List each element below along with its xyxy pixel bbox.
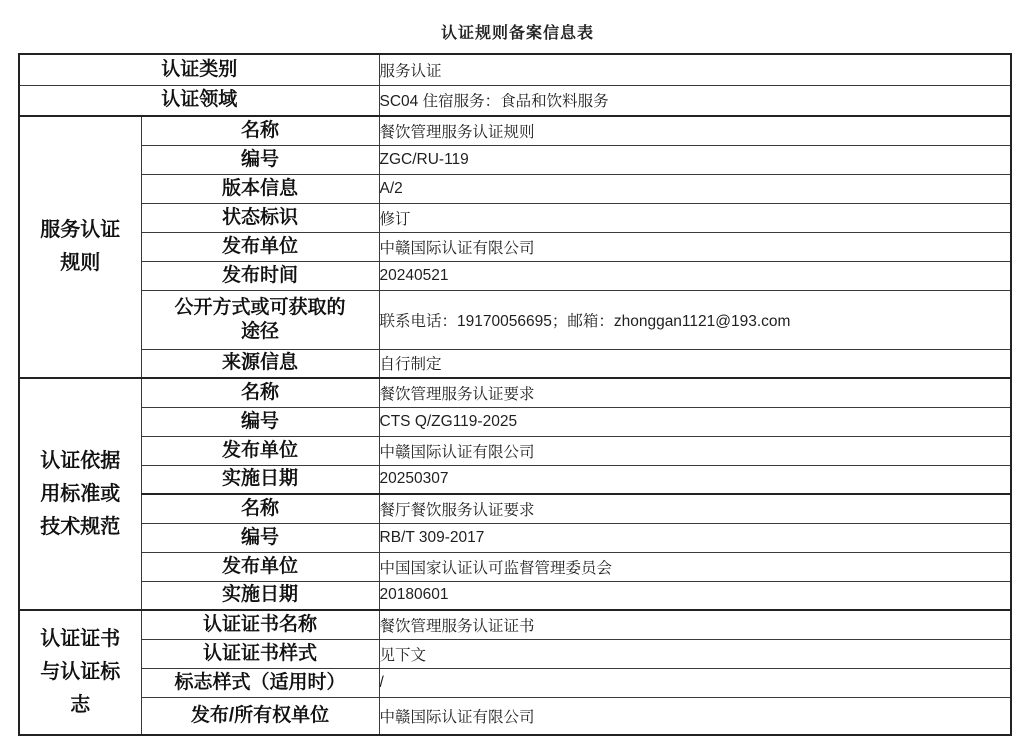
table-row: 发布/所有权单位 中赣国际认证有限公司: [19, 697, 1011, 735]
field-value: 20240521: [379, 261, 1011, 290]
field-value: RB/T 309-2017: [379, 523, 1011, 552]
field-value: SC04 住宿服务：食品和饮料服务: [379, 85, 1011, 116]
field-value: 见下文: [379, 639, 1011, 668]
table-row: 发布单位 中赣国际认证有限公司: [19, 436, 1011, 465]
field-value: 自行制定: [379, 349, 1011, 378]
field-label: 实施日期: [141, 465, 379, 494]
table-row: 来源信息 自行制定: [19, 349, 1011, 378]
field-value: 中赣国际认证有限公司: [379, 232, 1011, 261]
field-value: 服务认证: [379, 54, 1011, 85]
table-row: 编号 RB/T 309-2017: [19, 523, 1011, 552]
table-row: 标志样式（适用时） /: [19, 668, 1011, 697]
table-row: 公开方式或可获取的 途径 联系电话：19170056695；邮箱：zhongga…: [19, 290, 1011, 349]
field-value: 20250307: [379, 465, 1011, 494]
field-value: 20180601: [379, 581, 1011, 610]
field-value: 餐饮管理服务认证证书: [379, 610, 1011, 639]
field-value: 餐饮管理服务认证规则: [379, 116, 1011, 145]
filing-info-table: 认证类别 服务认证 认证领域 SC04 住宿服务：食品和饮料服务 服务认证 规则…: [18, 53, 1012, 736]
field-value: A/2: [379, 174, 1011, 203]
field-value: 修订: [379, 203, 1011, 232]
table-row: 实施日期 20250307: [19, 465, 1011, 494]
table-row: 发布时间 20240521: [19, 261, 1011, 290]
field-label: 发布/所有权单位: [141, 697, 379, 735]
field-label: 发布单位: [141, 552, 379, 581]
field-value: 中赣国际认证有限公司: [379, 436, 1011, 465]
field-label: 名称: [141, 494, 379, 523]
field-value: 中国国家认证认可监督管理委员会: [379, 552, 1011, 581]
table-row: 编号 CTS Q/ZG119-2025: [19, 407, 1011, 436]
field-label: 认证证书样式: [141, 639, 379, 668]
table-row: 认证证书样式 见下文: [19, 639, 1011, 668]
field-label: 认证证书名称: [141, 610, 379, 639]
table-row: 认证类别 服务认证: [19, 54, 1011, 85]
field-value: ZGC/RU-119: [379, 145, 1011, 174]
field-value: 联系电话：19170056695；邮箱：zhonggan1121@193.com: [379, 290, 1011, 349]
field-label: 发布单位: [141, 232, 379, 261]
field-label: 编号: [141, 523, 379, 552]
field-label: 认证领域: [19, 85, 379, 116]
field-label: 来源信息: [141, 349, 379, 378]
field-label: 认证类别: [19, 54, 379, 85]
table-row: 认证依据 用标准或 技术规范 名称 餐饮管理服务认证要求: [19, 378, 1011, 407]
field-label: 状态标识: [141, 203, 379, 232]
table-row: 认证领域 SC04 住宿服务：食品和饮料服务: [19, 85, 1011, 116]
field-label: 实施日期: [141, 581, 379, 610]
field-label: 发布时间: [141, 261, 379, 290]
table-row: 发布单位 中国国家认证认可监督管理委员会: [19, 552, 1011, 581]
field-value: 餐饮管理服务认证要求: [379, 378, 1011, 407]
field-value: CTS Q/ZG119-2025: [379, 407, 1011, 436]
table-row: 服务认证 规则 名称 餐饮管理服务认证规则: [19, 116, 1011, 145]
field-label: 发布单位: [141, 436, 379, 465]
field-value: 中赣国际认证有限公司: [379, 697, 1011, 735]
table-row: 编号 ZGC/RU-119: [19, 145, 1011, 174]
field-label: 标志样式（适用时）: [141, 668, 379, 697]
section-label: 认证依据 用标准或 技术规范: [19, 378, 141, 610]
field-label: 公开方式或可获取的 途径: [141, 290, 379, 349]
field-label: 编号: [141, 407, 379, 436]
section-label: 认证证书 与认证标 志: [19, 610, 141, 735]
field-value: /: [379, 668, 1011, 697]
table-row: 认证证书 与认证标 志 认证证书名称 餐饮管理服务认证证书: [19, 610, 1011, 639]
section-label: 服务认证 规则: [19, 116, 141, 378]
field-label: 名称: [141, 378, 379, 407]
table-row: 实施日期 20180601: [19, 581, 1011, 610]
table-row: 状态标识 修订: [19, 203, 1011, 232]
document-title: 认证规则备案信息表: [0, 0, 1035, 43]
field-value: 餐厅餐饮服务认证要求: [379, 494, 1011, 523]
table-row: 发布单位 中赣国际认证有限公司: [19, 232, 1011, 261]
field-label: 版本信息: [141, 174, 379, 203]
field-label: 名称: [141, 116, 379, 145]
table-row: 名称 餐厅餐饮服务认证要求: [19, 494, 1011, 523]
field-label: 编号: [141, 145, 379, 174]
table-row: 版本信息 A/2: [19, 174, 1011, 203]
